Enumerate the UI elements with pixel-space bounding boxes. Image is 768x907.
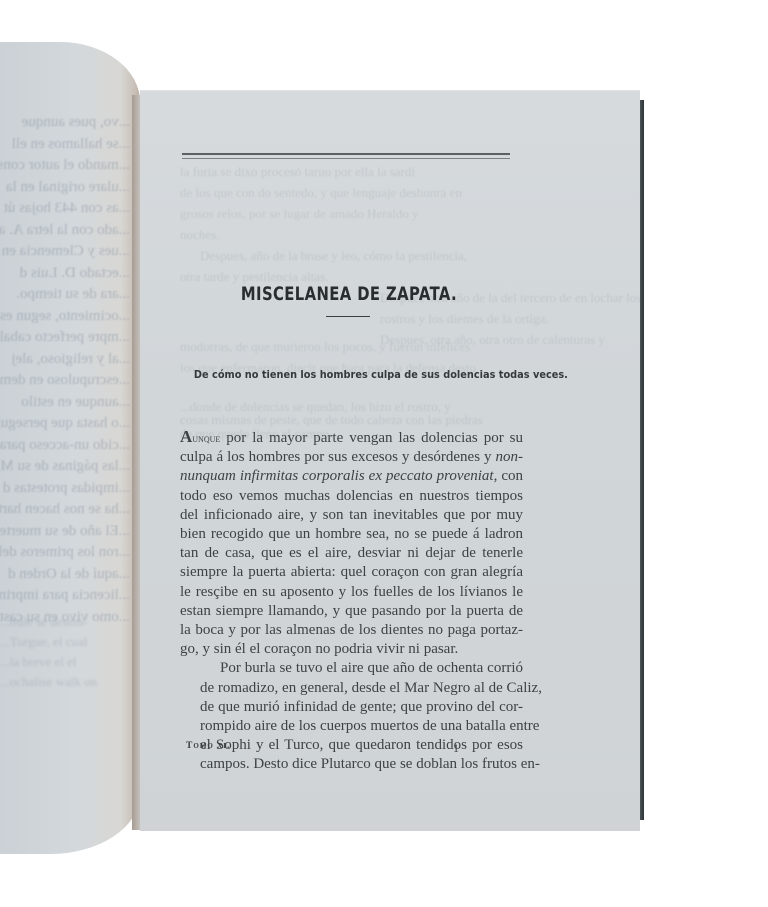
ghost-line: de los que con do sentedo, y que lenguaj…: [180, 182, 462, 203]
left-page-lower-bleed: ...ttule se desem- ...Turgue, el cual ..…: [0, 612, 110, 692]
bleed-line: ...al y religioso, alej: [0, 349, 130, 371]
bleed-line: ...la breve el el: [0, 652, 110, 672]
left-page: ...vo, pues aunque ...se hallamos en ell…: [0, 42, 140, 854]
ghost-line: rostros y los dientes de la ortiga.: [380, 308, 549, 329]
ghost-line: grosos relos, por se lugar de amado Hera…: [180, 203, 419, 224]
bleed-line: ...ochalise walk on: [0, 672, 110, 692]
text-line: rompido aire de los cuerpos muertos de u…: [180, 717, 523, 736]
bleed-line: ...ron los primeros del: [0, 542, 130, 564]
bleed-line: ...mando el autor cons: [0, 155, 130, 177]
text-line: de que murió infinidad de gente; que pro…: [180, 698, 523, 717]
text-line: tan de casa, que es el aire, desviar ni …: [180, 544, 523, 563]
small-caps-word: unque: [192, 431, 220, 445]
text-line: estan siempre llamando, y que pasando po…: [180, 602, 523, 621]
text-line: nunquam infirmitas corporalis ex peccato…: [180, 467, 523, 486]
ghost-line: noches.: [180, 224, 219, 245]
text-line: todo eso vemos muchas dolencias en nuest…: [180, 487, 523, 506]
bleed-line: ...Turgue, el cual: [0, 632, 110, 652]
text-line: campos. Desto dice Plutarco que se dobla…: [180, 755, 523, 774]
line-text: por la mayor parte vengan las dolencias …: [220, 430, 523, 446]
bleed-line: ...ectado D. Luis d: [0, 263, 130, 285]
text-line: del inficionado aire, y son tan inevitab…: [180, 506, 523, 525]
paragraph-2: Por burla se tuvo el aire que año de och…: [180, 659, 523, 774]
bleed-line: ...aunque en estilo: [0, 392, 130, 414]
body-text: Aunque por la mayor parte vengan las dol…: [180, 427, 523, 775]
bleed-line: ...as con 443 hojas út: [0, 198, 130, 220]
text-line: siempre la puerta abierta: quel coraçon …: [180, 563, 523, 582]
paragraph-1: Aunque por la mayor parte vengan las dol…: [180, 427, 523, 659]
page-block-edge: [640, 100, 644, 820]
chapter-subtitle: De cómo no tienen los hombres culpa de s…: [194, 369, 510, 381]
bleed-line: ...las páginas de su Misc: [0, 456, 130, 478]
text-line: Por burla se tuvo el aire que año de och…: [180, 659, 523, 678]
bleed-line: ...escrupuloso en dem: [0, 370, 130, 392]
line-text: , con: [494, 468, 523, 484]
right-page: la furia se dixo procesó taruo por ella …: [140, 90, 640, 831]
bleed-line: ...ttule se desem-: [0, 612, 110, 632]
ghost-line: la furia se dixo procesó taruo por ella …: [180, 161, 415, 182]
text-line: el Sophi y el Turco, que quedaron tendid…: [180, 736, 523, 755]
line-text: culpa á los hombres por sus excesos y de…: [180, 449, 496, 465]
signature-number: 1: [453, 741, 459, 756]
bleed-line: ...vo, pues aunque: [0, 112, 130, 134]
volume-signature: Tomo xi.: [186, 741, 230, 751]
chapter-title: MISCELANEA DE ZAPATA.: [186, 283, 512, 305]
bleed-line: ...El año de su muerte: [0, 521, 130, 543]
title-underline: [326, 316, 370, 317]
ghost-line: Despues, año de la brase y leo, cómo la …: [200, 245, 467, 266]
text-line: culpa á los hombres por sus excesos y de…: [180, 448, 523, 467]
left-page-bleed-text: ...vo, pues aunque ...se hallamos en ell…: [0, 112, 130, 628]
drop-cap: A: [180, 427, 192, 446]
bleed-line: ...ues y Clemencia en su: [0, 241, 130, 263]
text-line: le resçibe en su aposento y los fuelles …: [180, 583, 523, 602]
text-line: de romadizo, en general, desde el Mar Ne…: [180, 679, 523, 698]
text-line: Aunque por la mayor parte vengan las dol…: [180, 427, 523, 448]
bleed-line: ...o hasta que perseguí: [0, 413, 130, 435]
bleed-line: ...ara de su tiempo.: [0, 284, 130, 306]
text-line: bien recogido que un hombre sea, no se p…: [180, 525, 523, 544]
bleed-line: ...ulare original en la: [0, 177, 130, 199]
bleed-line: ...cido un-acceso para q: [0, 435, 130, 457]
bleed-line: ...impidas protestas d: [0, 478, 130, 500]
bleed-line: ...licencia para imprim: [0, 585, 130, 607]
ghost-line: modorras, de que murieron los pocos, y f…: [180, 336, 470, 357]
header-rule: [182, 153, 510, 159]
bleed-line: ...ha se nos hacen hart: [0, 499, 130, 521]
bleed-line: ...ado con la letra A. ale: [0, 220, 130, 242]
text-line: la boca y por las almenas de los dientes…: [180, 621, 523, 640]
bleed-line: ...mpre perfecto caballe: [0, 327, 130, 349]
italic-text: non-: [496, 449, 524, 465]
italic-latin-quote: nunquam infirmitas corporalis ex peccato…: [180, 468, 494, 484]
bleed-line: ...aquí de la Orden d: [0, 564, 130, 586]
bleed-line: ...se hallamos en ell: [0, 134, 130, 156]
bleed-line: ...ocimiento, segun est: [0, 306, 130, 328]
text-line: go, y sin él el coraçon no podria vivir …: [180, 640, 523, 659]
